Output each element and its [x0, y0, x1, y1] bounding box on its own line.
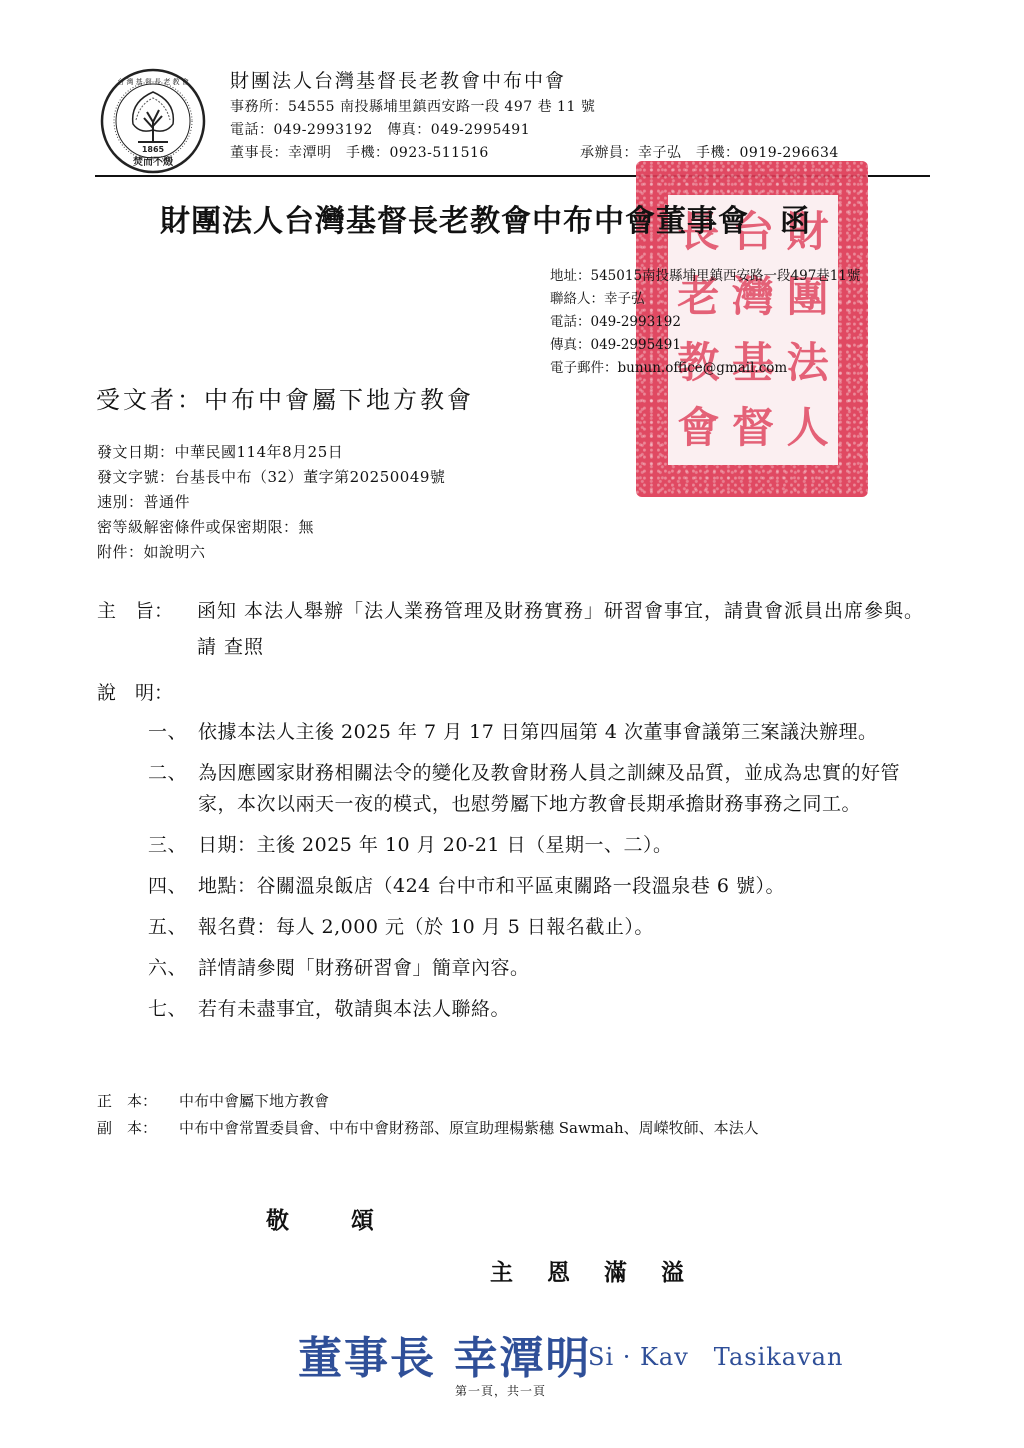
- contact-person: 聯絡人：幸子弘: [550, 288, 860, 311]
- original-copy-label: 正 本：: [97, 1088, 179, 1115]
- item-text: 依據本法人主後 2025 年 7 月 17 日第四屆第 4 次董事會議第三案議決…: [198, 717, 938, 748]
- subject-section: 主 旨： 函知 本法人舉辦「法人業務管理及財務實務」研習會事宜，請貴會派員出席參…: [97, 593, 937, 665]
- closing-char: 溢: [661, 1254, 684, 1287]
- original-copy-row: 正 本： 中布中會屬下地方教會: [97, 1088, 917, 1115]
- item-text: 地點：谷關溫泉飯店（424 台中市和平區東關路一段溫泉巷 6 號）。: [198, 871, 938, 902]
- closing-char: 頌: [351, 1202, 374, 1235]
- attachment-note: 附件：如說明六: [97, 540, 445, 565]
- cc-copy-recipients: 中布中會常置委員會、中布中會財務部、原宣助理楊紫穗 Sawmah、周嶸牧師、本法…: [179, 1115, 917, 1142]
- security-classification: 密等級解密條件或保密期限：無: [97, 515, 445, 540]
- item-text: 為因應國家財務相關法令的變化及教會財務人員之訓練及品質，並成為忠實的好管家，本次…: [198, 758, 938, 820]
- seal-char: 督: [732, 407, 774, 449]
- explanation-item: 二、 為因應國家財務相關法令的變化及教會財務人員之訓練及品質，並成為忠實的好管家…: [148, 758, 938, 820]
- letterhead-handler: 承辦員：幸子弘 手機：0919-296634: [580, 142, 839, 162]
- item-number: 四、: [148, 871, 198, 902]
- contact-address: 地址：545015南投縣埔里鎮西安路一段497巷11號: [550, 265, 860, 288]
- explanation-item: 四、 地點：谷關溫泉飯店（424 台中市和平區東關路一段溫泉巷 6 號）。: [148, 871, 938, 902]
- document-title: 財團法人台灣基督長老教會中布中會董事會 函: [160, 196, 811, 240]
- explanation-item: 七、 若有未盡事宜，敬請與本法人聯絡。: [148, 994, 938, 1025]
- item-number: 五、: [148, 912, 198, 943]
- svg-text:1865: 1865: [142, 145, 165, 154]
- svg-text:台 灣 基 督 長 老 教 會: 台 灣 基 督 長 老 教 會: [117, 77, 189, 86]
- closing-blessing: 主恩滿溢: [490, 1254, 684, 1287]
- subject-label: 主 旨：: [97, 593, 192, 629]
- issue-date: 發文日期：中華民國114年8月25日: [97, 440, 445, 465]
- document-meta: 發文日期：中華民國114年8月25日 發文字號：台基長中布（32）董字第2025…: [97, 440, 445, 565]
- item-number: 七、: [148, 994, 198, 1025]
- svg-text:焚而不燬: 焚而不燬: [133, 155, 174, 168]
- item-text: 報名費：每人 2,000 元（於 10 月 5 日報名截止）。: [198, 912, 938, 943]
- delivery-speed: 速別：普通件: [97, 490, 445, 515]
- church-seal-logo: 1865 焚而不燬 台 灣 基 督 長 老 教 會: [100, 68, 206, 174]
- document-number: 發文字號：台基長中布（32）董字第20250049號: [97, 465, 445, 490]
- closing-char: 敬: [266, 1202, 289, 1235]
- contact-email: 電子郵件：bunun.office@gmail.com: [550, 357, 860, 380]
- item-number: 二、: [148, 758, 198, 820]
- recipient: 受文者：中布中會屬下地方教會: [96, 380, 474, 415]
- item-text: 日期：主後 2025 年 10 月 20-21 日（星期一、二）。: [198, 830, 938, 861]
- chairman-romanized-name: Si · Kav Tasikavan: [588, 1337, 843, 1372]
- letterhead-tel-fax: 電話：049-2993192 傳真：049-2995491: [230, 119, 530, 139]
- cc-copy-label: 副 本：: [97, 1115, 179, 1142]
- explanation-item: 三、 日期：主後 2025 年 10 月 20-21 日（星期一、二）。: [148, 830, 938, 861]
- explanation-item: 一、 依據本法人主後 2025 年 7 月 17 日第四屆第 4 次董事會議第三…: [148, 717, 938, 748]
- page-number: 第一頁，共一頁: [455, 1382, 546, 1399]
- contact-block: 地址：545015南投縣埔里鎮西安路一段497巷11號 聯絡人：幸子弘 電話：0…: [550, 265, 860, 380]
- subject-text: 函知 本法人舉辦「法人業務管理及財務實務」研習會事宜，請貴會派員出席參與。請 查…: [197, 593, 937, 665]
- item-text: 若有未盡事宜，敬請與本法人聯絡。: [198, 994, 938, 1025]
- contact-fax: 傳真：049-2995491: [550, 334, 860, 357]
- explanation-list: 一、 依據本法人主後 2025 年 7 月 17 日第四屆第 4 次董事會議第三…: [148, 717, 938, 1035]
- cc-copy-row: 副 本： 中布中會常置委員會、中布中會財務部、原宣助理楊紫穗 Sawmah、周嶸…: [97, 1115, 917, 1142]
- seal-char: 會: [677, 407, 719, 449]
- distribution-copies: 正 本： 中布中會屬下地方教會 副 本： 中布中會常置委員會、中布中會財務部、原…: [97, 1088, 917, 1142]
- explanation-item: 六、 詳情請參閱「財務研習會」簡章內容。: [148, 953, 938, 984]
- item-number: 一、: [148, 717, 198, 748]
- closing-char: 恩: [547, 1254, 570, 1287]
- letterhead-org-name: 財團法人台灣基督長老教會中布中會: [230, 66, 566, 93]
- letterhead-chairman: 董事長：幸潭明 手機：0923-511516: [230, 142, 489, 162]
- letterhead-office-address: 事務所：54555 南投縣埔里鎮西安路一段 497 巷 11 號: [230, 96, 595, 116]
- chairman-signature: 董事長 幸潭明: [298, 1322, 591, 1386]
- church-seal-tree-logo-icon: 1865 焚而不燬 台 灣 基 督 長 老 教 會: [100, 68, 206, 174]
- item-number: 六、: [148, 953, 198, 984]
- closing-salutation: 敬頌: [266, 1202, 374, 1235]
- closing-char: 滿: [604, 1254, 627, 1287]
- explanation-item: 五、 報名費：每人 2,000 元（於 10 月 5 日報名截止）。: [148, 912, 938, 943]
- item-number: 三、: [148, 830, 198, 861]
- closing-char: 主: [490, 1254, 513, 1287]
- original-copy-recipients: 中布中會屬下地方教會: [179, 1088, 917, 1115]
- explanation-label: 說 明：: [97, 678, 173, 705]
- item-text: 詳情請參閱「財務研習會」簡章內容。: [198, 953, 938, 984]
- contact-phone: 電話：049-2993192: [550, 311, 860, 334]
- seal-char: 人: [787, 407, 829, 449]
